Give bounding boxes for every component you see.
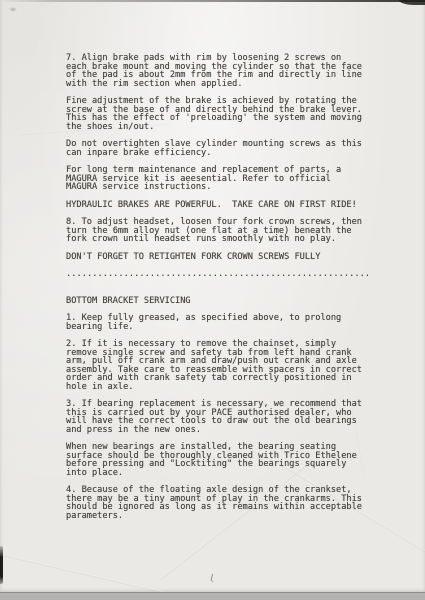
- paragraph-step-8-headset: 8. To adjust headset, loosen four fork c…: [66, 218, 378, 244]
- paragraph-magura-service-kit: For long term maintenance and replacemen…: [66, 166, 378, 192]
- paragraph-bb-step-1: 1. Keep fully greased, as specified abov…: [66, 314, 378, 331]
- dotted-separator: ........................................…: [66, 270, 378, 279]
- paragraph-step-7: 7. Align brake pads with rim by loosenin…: [66, 54, 378, 88]
- paragraph-new-bearings-note: When new bearings are installed, the bea…: [66, 443, 378, 477]
- paper-smudge: [9, 7, 17, 12]
- paragraph-hydraulic-warning: HYDRAULIC BRAKES ARE POWERFUL. TAKE CARE…: [66, 201, 378, 210]
- scan-edge-bottom: [0, 592, 425, 600]
- section-heading-bottom-bracket: BOTTOM BRACKET SERVICING: [66, 297, 378, 306]
- scanned-document-viewport: 7. Align brake pads with rim by loosenin…: [0, 0, 425, 600]
- paragraph-bb-step-3: 3. If bearing replacement is necessary, …: [66, 400, 378, 434]
- paragraph-do-not-overtighten: Do not overtighten slave cylinder mounti…: [66, 140, 378, 157]
- typewritten-text-column: 7. Align brake pads with rim by loosenin…: [66, 54, 378, 529]
- paper-crease: [0, 551, 173, 596]
- paper-mark: [210, 574, 216, 583]
- paragraph-retighten-reminder: DON'T FORGET TO RETIGHTEN FORK CROWN SCR…: [66, 253, 378, 262]
- paragraph-bb-step-4: 4. Because of the floating axle design o…: [66, 486, 378, 520]
- scan-edge-left-mark: [0, 546, 3, 584]
- paper-sheet: 7. Align brake pads with rim by loosenin…: [0, 0, 425, 593]
- paragraph-fine-adjustment: Fine adjustment of the brake is achieved…: [66, 97, 378, 131]
- scan-edge-top: [0, 0, 425, 2]
- paragraph-bb-step-2: 2. If it is necessary to remove the chai…: [66, 340, 378, 391]
